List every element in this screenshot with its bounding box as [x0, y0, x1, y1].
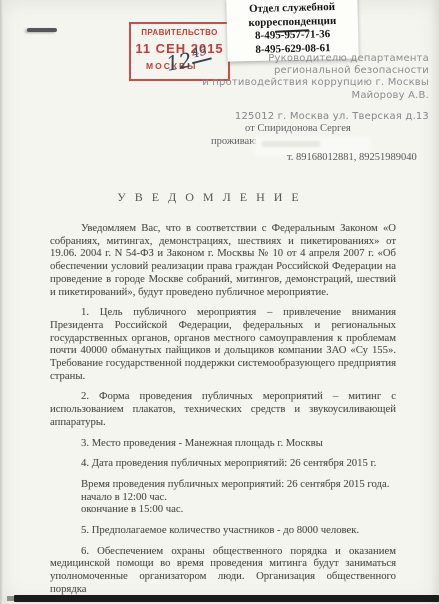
paragraph-item3-place: 3. Место проведения - Манежная площадь г… [50, 437, 396, 450]
addressee-line: региональной безопасности [202, 65, 429, 77]
paragraph-intro: Уведомляем Вас, что в соответствии с Фед… [50, 222, 396, 298]
scan-right-edge [431, 0, 439, 604]
document-title: У В Е Д О М Л Е Н И Е [0, 190, 419, 205]
paragraph-item1-purpose: 1. Цель публичного мероприятия – привлеч… [50, 306, 396, 382]
paragraph-item4-date: 4. Дата проведения публичных мероприятий… [50, 457, 396, 470]
paragraph-time-block: Время проведения публичных мероприятий: … [50, 478, 396, 516]
paragraph-item5-participants: 5. Предполагаемое количество участников … [50, 524, 396, 537]
stamp-org-text: ПРАВИТЕЛЬСТВО [131, 28, 228, 37]
sender-name: от Спиридонова Сергея [245, 123, 351, 134]
addressee-line: Руководителю департамента [202, 53, 429, 65]
time-line-end: окончание в 15:00 час. [50, 503, 396, 516]
time-line-header: Время проведения публичных мероприятий: … [50, 478, 396, 491]
document-body: Уведомляем Вас, что в соответствии с Фед… [50, 216, 396, 604]
addressee-address: 125012 г. Москва ул. Тверская д.13 [202, 111, 429, 123]
time-line-start: начало в 12:00 час. [50, 491, 396, 504]
scan-bottom-edge [14, 595, 439, 602]
erased-address-smudge [262, 141, 320, 147]
addressee-line: и противодействия коррупцию г. Москвы [202, 77, 429, 89]
staple-mark [27, 28, 57, 32]
scan-left-edge [0, 0, 3, 604]
addressee-name: Майорову А.В. [202, 90, 429, 102]
sender-phones: т. 89168012881, 89251989040 [287, 152, 417, 163]
paragraph-item2-form: 2. Форма проведения публичных мероприяти… [50, 390, 396, 428]
scanned-document-page: ПРАВИТЕЛЬСТВО 11 СЕН 2015 МОСКВЫ 1245 От… [0, 0, 439, 604]
addressee-block: Руководителю департамента региональной б… [202, 53, 429, 123]
paragraph-item6-security: 6. Обеспечением охраны общественного пор… [50, 545, 396, 596]
